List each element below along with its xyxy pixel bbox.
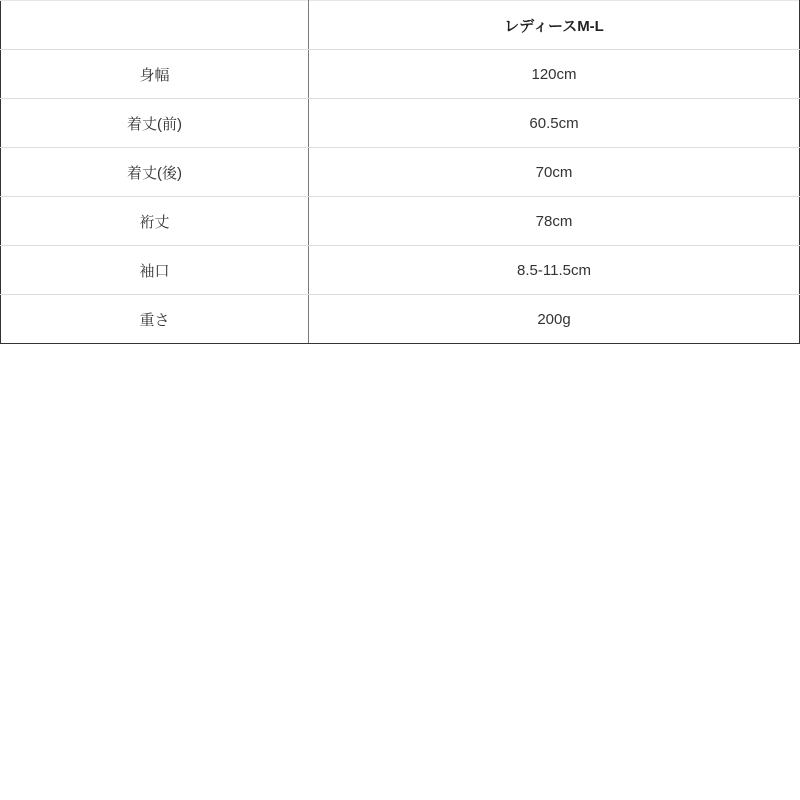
header-label-cell <box>1 1 309 50</box>
row-value: 78cm <box>309 197 800 246</box>
table-row-back-length: 着丈(後) 70cm <box>1 148 800 197</box>
table-row-sleeve-length: 裄丈 78cm <box>1 197 800 246</box>
row-label: 袖口 <box>1 246 309 295</box>
row-label: 身幅 <box>1 50 309 99</box>
row-label: 着丈(前) <box>1 99 309 148</box>
row-value: 120cm <box>309 50 800 99</box>
row-label: 重さ <box>1 295 309 344</box>
row-value: 70cm <box>309 148 800 197</box>
row-label: 着丈(後) <box>1 148 309 197</box>
table-row-front-length: 着丈(前) 60.5cm <box>1 99 800 148</box>
table-row-cuff: 袖口 8.5-11.5cm <box>1 246 800 295</box>
table-header: レディースM-L <box>1 1 800 50</box>
header-row: レディースM-L <box>1 1 800 50</box>
header-size-cell: レディースM-L <box>309 1 800 50</box>
row-value: 60.5cm <box>309 99 800 148</box>
row-value: 8.5-11.5cm <box>309 246 800 295</box>
row-label: 裄丈 <box>1 197 309 246</box>
size-chart-table: レディースM-L 身幅 120cm 着丈(前) 60.5cm 着丈(後) 70c… <box>0 0 800 344</box>
row-value: 200g <box>309 295 800 344</box>
table-row-weight: 重さ 200g <box>1 295 800 344</box>
table-row-body-width: 身幅 120cm <box>1 50 800 99</box>
table-body: 身幅 120cm 着丈(前) 60.5cm 着丈(後) 70cm 裄丈 78cm… <box>1 50 800 344</box>
